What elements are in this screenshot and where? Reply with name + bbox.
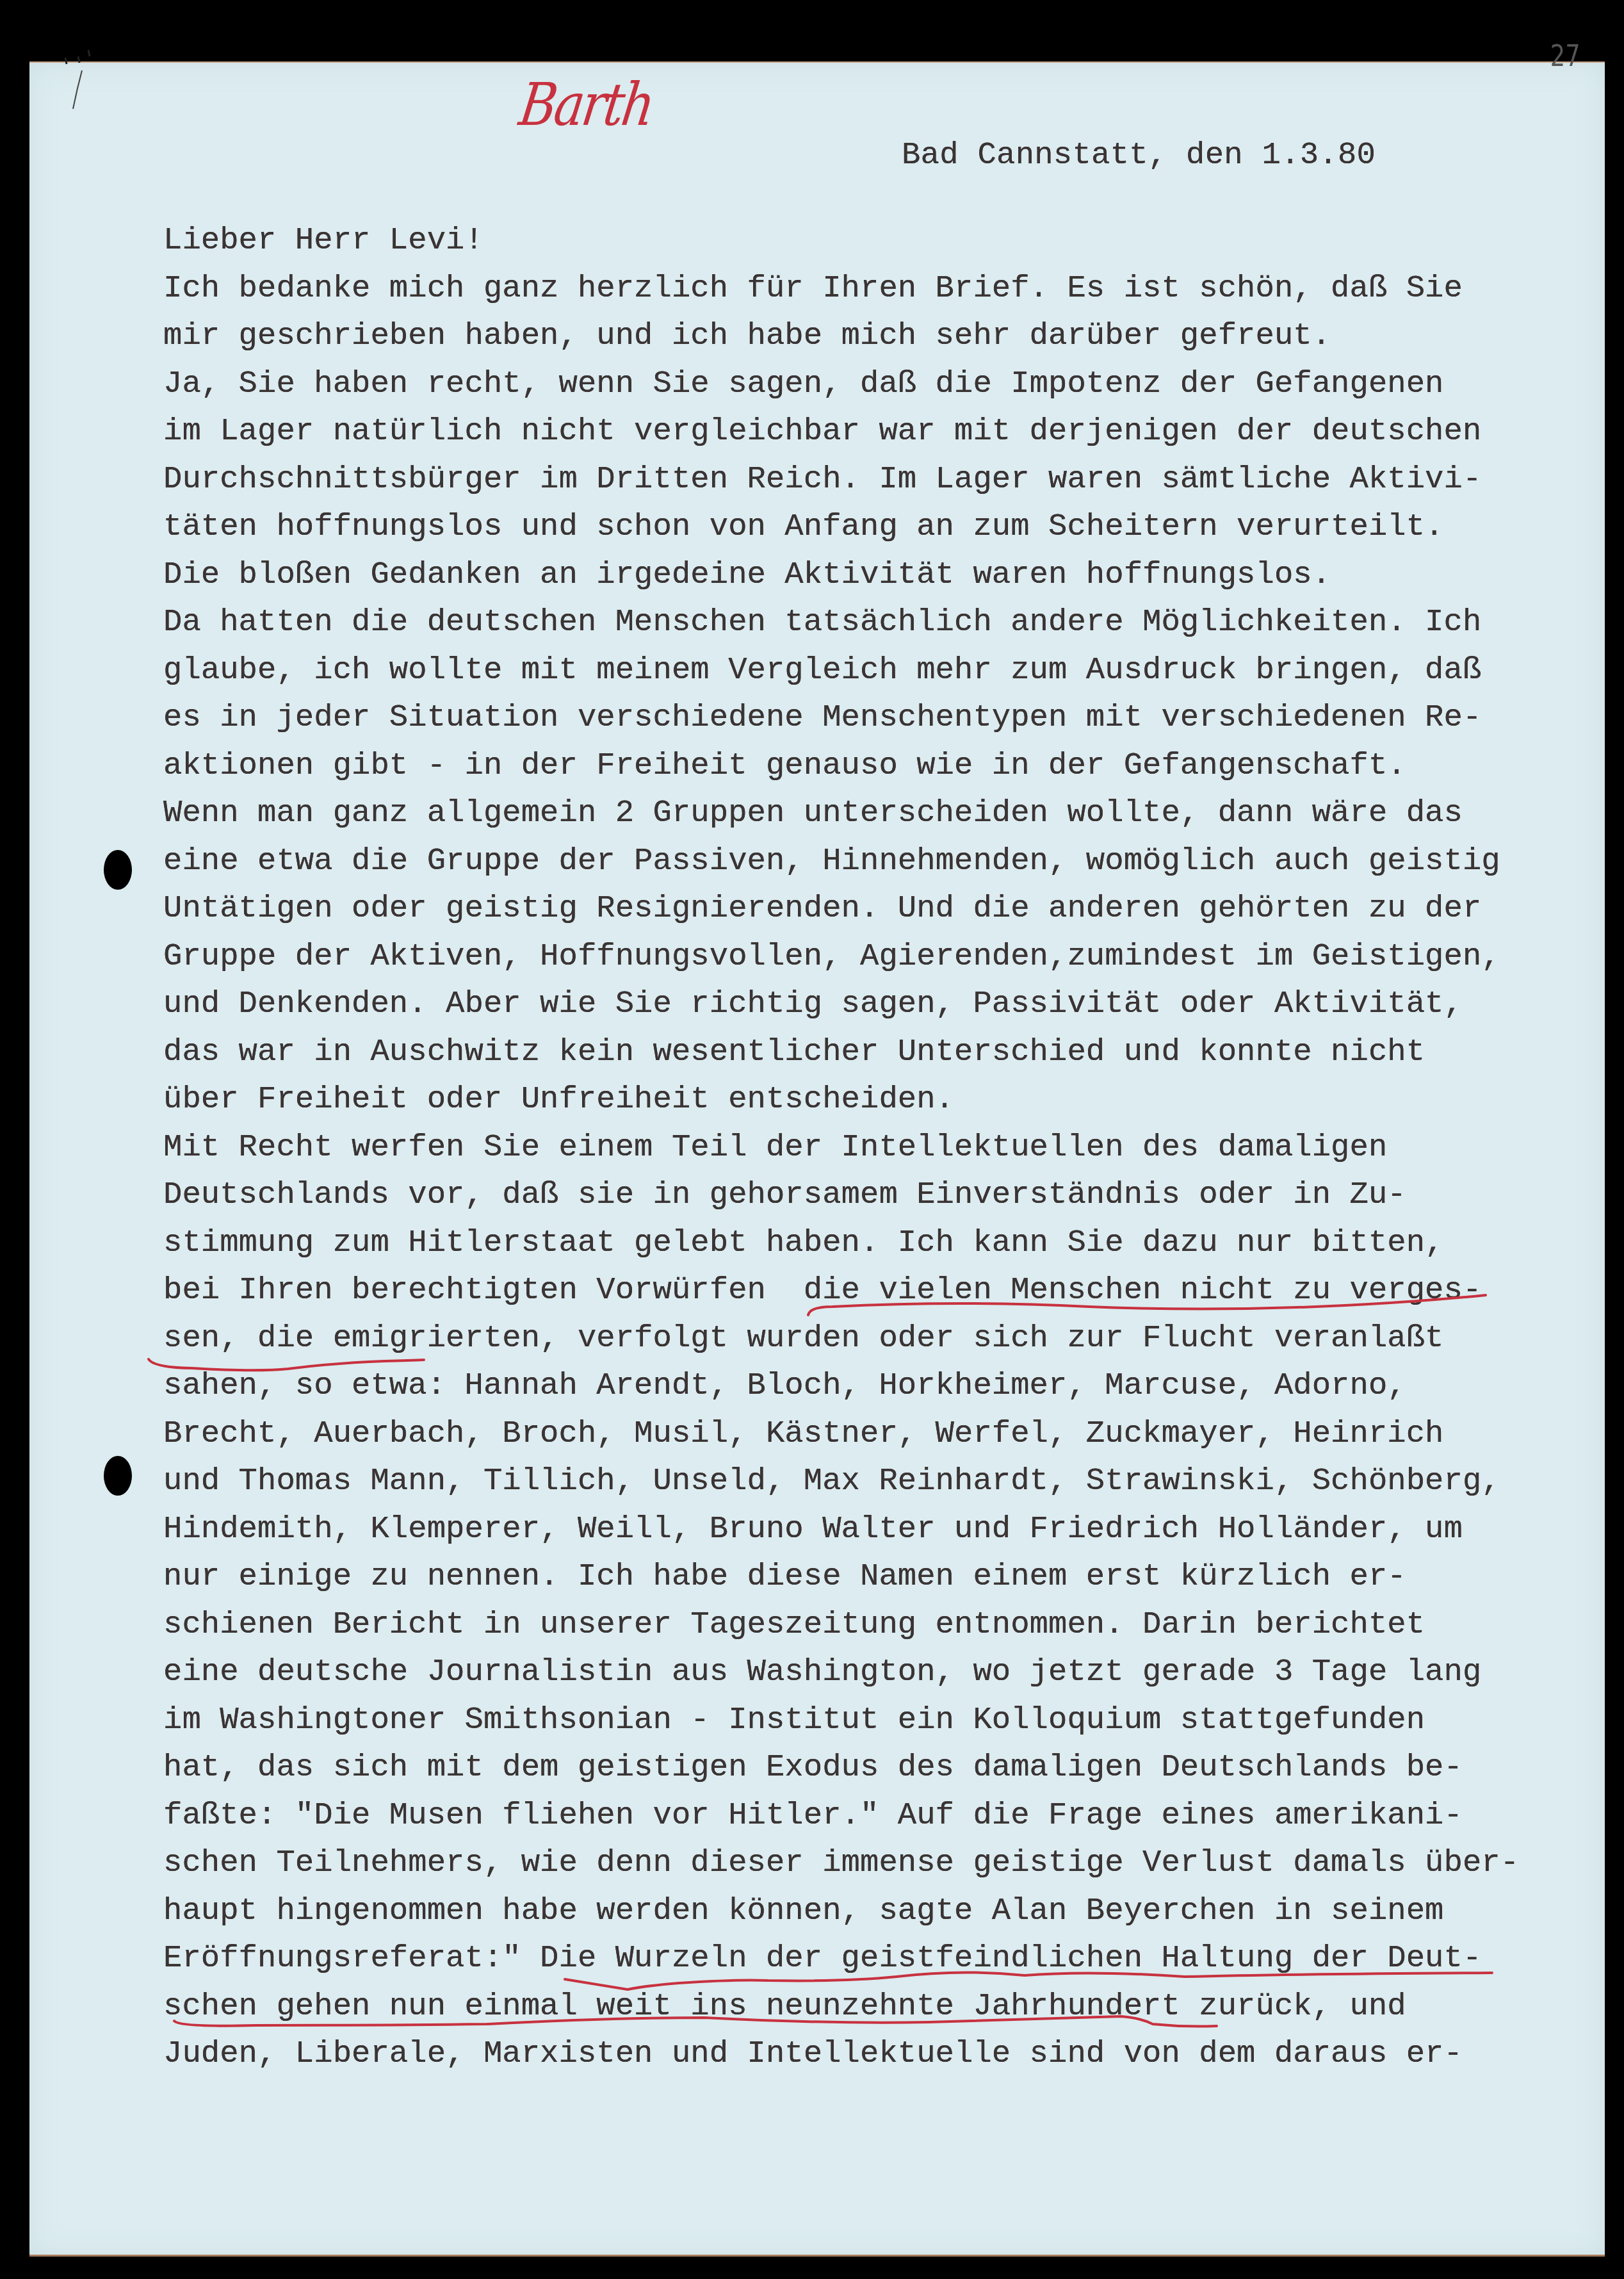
text-line: aktionen gibt - in der Freiheit genauso … bbox=[163, 750, 1406, 781]
text-line: schen gehen nun einmal weit ins neunzehn… bbox=[163, 1991, 1406, 2022]
text-line: im Washingtoner Smithsonian - Institut e… bbox=[163, 1704, 1425, 1736]
text-line: schen Teilnehmers, wie denn dieser immen… bbox=[163, 1847, 1519, 1879]
text-line: Eröffnungsreferat:" Die Wurzeln der geis… bbox=[163, 1943, 1481, 1974]
text-line: faßte: "Die Musen fliehen vor Hitler." A… bbox=[163, 1800, 1463, 1831]
dateline: Bad Cannstatt, den 1.3.80 bbox=[902, 140, 1376, 171]
text-line: eine deutsche Journalistin aus Washingto… bbox=[163, 1656, 1481, 1688]
text-line: stimmung zum Hitlerstaat gelebt haben. I… bbox=[163, 1227, 1444, 1259]
text-line: sahen, so etwa: Hannah Arendt, Bloch, Ho… bbox=[163, 1370, 1406, 1401]
paper-bottom-edge bbox=[29, 2255, 1605, 2257]
text-line: Gruppe der Aktiven, Hoffnungsvollen, Agi… bbox=[163, 941, 1500, 972]
text-line: es in jeder Situation verschiedene Mensc… bbox=[163, 702, 1481, 733]
text-line: Ich bedanke mich ganz herzlich für Ihren… bbox=[163, 273, 1463, 304]
text-line: im Lager natürlich nicht vergleichbar wa… bbox=[163, 416, 1481, 447]
text-line: Ja, Sie haben recht, wenn Sie sagen, daß… bbox=[163, 368, 1444, 400]
text-line: schienen Bericht in unserer Tageszeitung… bbox=[163, 1609, 1425, 1640]
handwritten-annotation: Barth bbox=[516, 70, 657, 139]
text-line: Brecht, Auerbach, Broch, Musil, Kästner,… bbox=[163, 1418, 1444, 1450]
salutation: Lieber Herr Levi! bbox=[163, 225, 483, 256]
text-line: über Freiheit oder Unfreiheit entscheide… bbox=[163, 1084, 954, 1115]
text-line: und Denkenden. Aber wie Sie richtig sage… bbox=[163, 988, 1463, 1020]
text-line: haupt hingenommen habe werden können, sa… bbox=[163, 1895, 1444, 1927]
text-line: Juden, Liberale, Marxisten und Intellekt… bbox=[163, 2038, 1463, 2070]
text-line: und Thomas Mann, Tillich, Unseld, Max Re… bbox=[163, 1466, 1500, 1497]
text-line: sen, die emigrierten, verfolgt wurden od… bbox=[163, 1323, 1444, 1354]
text-line: eine etwa die Gruppe der Passiven, Hinne… bbox=[163, 845, 1500, 877]
corner-pencil-marks bbox=[51, 45, 102, 115]
text-line: Deutschlands vor, daß sie in gehorsamem … bbox=[163, 1179, 1406, 1211]
text-line: Durchschnittsbürger im Dritten Reich. Im… bbox=[163, 464, 1481, 495]
text-line: hat, das sich mit dem geistigen Exodus d… bbox=[163, 1752, 1463, 1783]
punch-hole bbox=[104, 850, 132, 890]
text-line: Mit Recht werfen Sie einem Teil der Inte… bbox=[163, 1132, 1387, 1163]
text-line: mir geschrieben haben, und ich habe mich… bbox=[163, 320, 1331, 352]
text-line: täten hoffnungslos und schon von Anfang … bbox=[163, 511, 1444, 543]
text-line: Die bloßen Gedanken an irgedeine Aktivit… bbox=[163, 559, 1331, 591]
text-line: nur einige zu nennen. Ich habe diese Nam… bbox=[163, 1561, 1406, 1592]
page-number: 27 bbox=[1550, 38, 1580, 73]
text-line: Wenn man ganz allgemein 2 Gruppen unters… bbox=[163, 797, 1463, 829]
text-line: Hindemith, Klemperer, Weill, Bruno Walte… bbox=[163, 1514, 1463, 1545]
punch-hole bbox=[104, 1456, 132, 1496]
text-line: Untätigen oder geistig Resignierenden. U… bbox=[163, 893, 1481, 924]
text-line: bei Ihren berechtigten Vorwürfen die vie… bbox=[163, 1275, 1481, 1306]
text-line: Da hatten die deutschen Menschen tatsäch… bbox=[163, 607, 1481, 638]
text-line: glaube, ich wollte mit meinem Vergleich … bbox=[163, 655, 1481, 686]
text-line: das war in Auschwitz kein wesentlicher U… bbox=[163, 1036, 1425, 1068]
